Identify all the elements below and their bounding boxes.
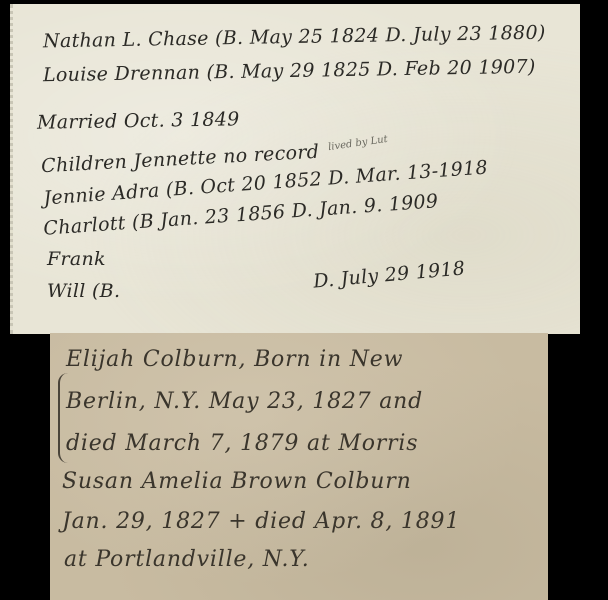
margin-note: lived by Lut — [328, 134, 389, 153]
louise-drennan-line: Louise Drennan (B. May 29 1825 D. Feb 20… — [43, 56, 536, 87]
berlin-line: Berlin, N.Y. May 23, 1827 and — [66, 389, 423, 414]
elijah-colburn-line: Elijah Colburn, Born in New — [66, 347, 403, 372]
portlandville-line: at Portlandville, N.Y. — [64, 547, 310, 572]
top-record-card: Nathan L. Chase (B. May 25 1824 D. July … — [10, 4, 580, 334]
jan-1827-line: Jan. 29, 1827 + died Apr. 8, 1891 — [62, 509, 460, 534]
susan-amelia-line: Susan Amelia Brown Colburn — [62, 469, 412, 494]
frank-line: Frank — [47, 248, 106, 270]
nathan-chase-line: Nathan L. Chase (B. May 25 1824 D. July … — [43, 22, 546, 53]
will-line: Will (B. — [47, 280, 120, 302]
will-death-date: D. July 29 1918 — [312, 257, 466, 292]
bottom-record-card: Elijah Colburn, Born in New Berlin, N.Y.… — [50, 333, 548, 600]
married-line: Married Oct. 3 1849 — [37, 108, 240, 134]
died-march-line: died March 7, 1879 at Morris — [66, 431, 418, 456]
